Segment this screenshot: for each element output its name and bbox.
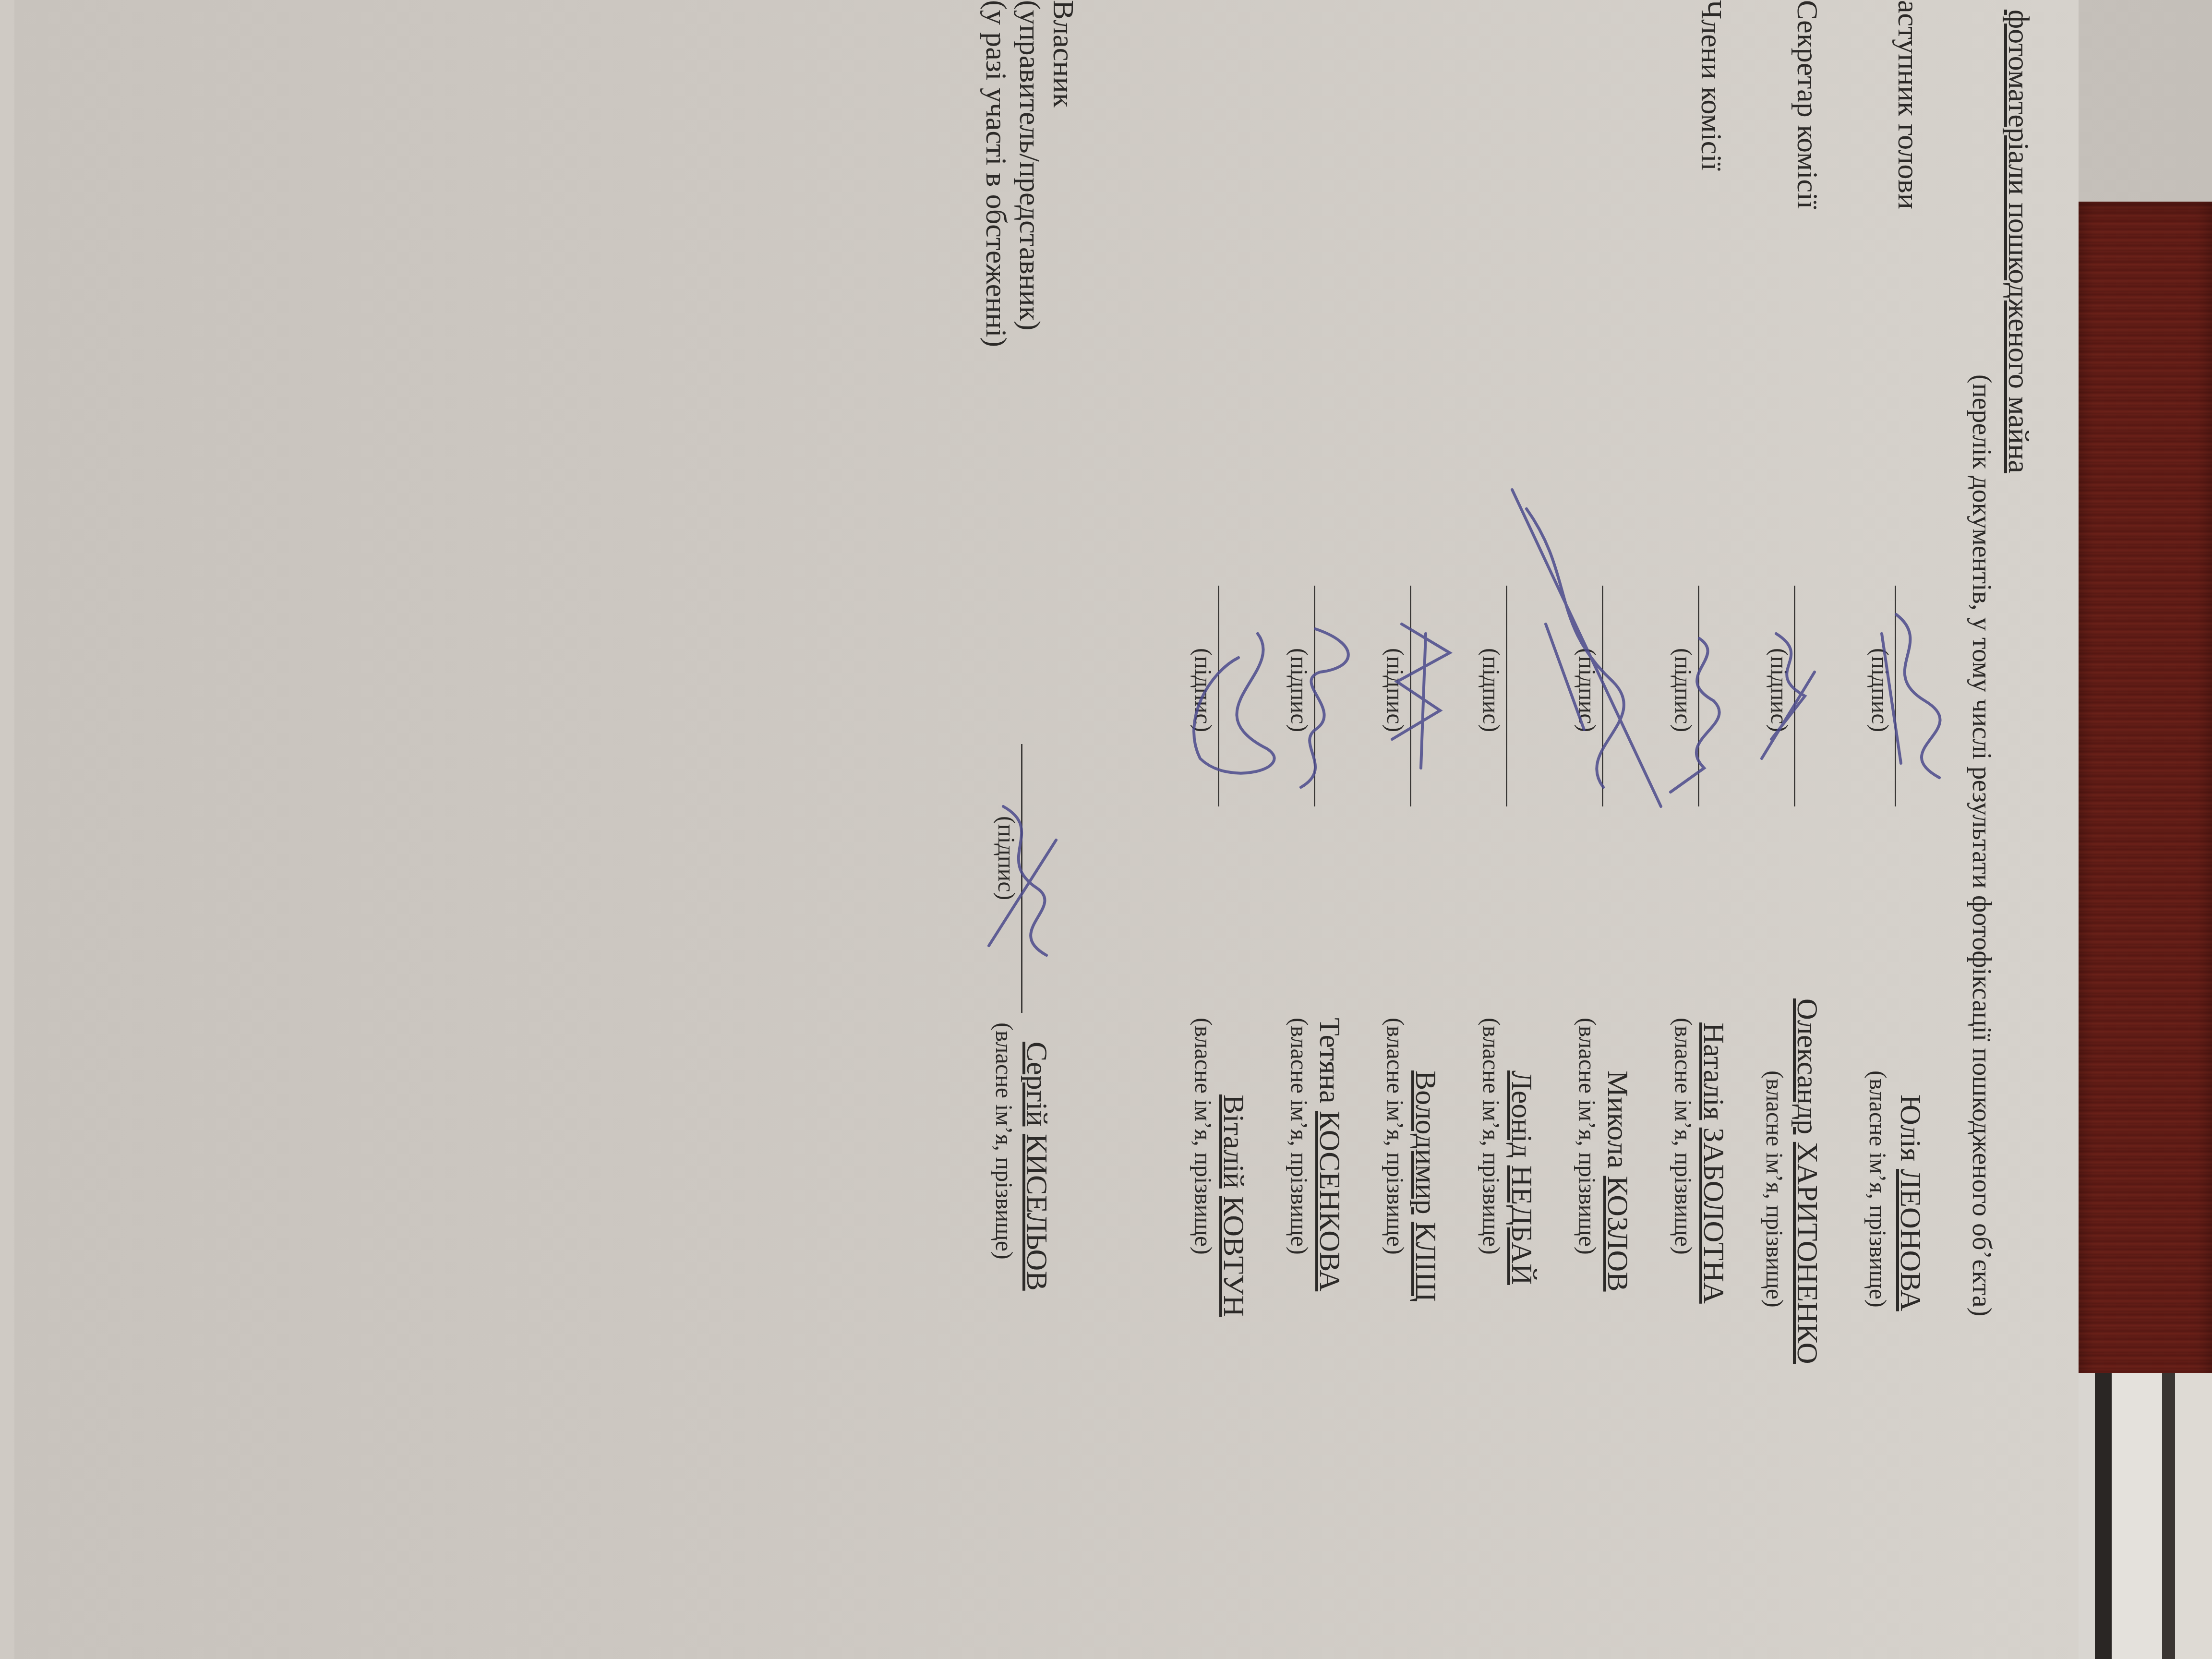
wooden-table: [2079, 202, 2212, 1565]
title-caption: (перелік документів, у тому числі резуль…: [1966, 374, 1997, 1316]
first-name: Наталія: [1697, 1022, 1730, 1120]
name-caption: (власне ім’я, прізвище): [1286, 1018, 1313, 1255]
name-caption: (власне ім’я, прізвище): [1761, 1070, 1789, 1308]
last-name: КОСЕНКОВА: [1313, 1111, 1346, 1291]
first-name: Микола: [1601, 1070, 1634, 1168]
handwritten-signature: [1858, 605, 1954, 787]
name-caption: (власне ім’я, прізвище): [1574, 1018, 1601, 1255]
handwritten-signature: [1373, 614, 1469, 797]
role-label-members: Члени комісії: [1694, 0, 1728, 171]
handwritten-signature: [979, 792, 1075, 974]
document-sheet: фотоматеріали пошкодженого майна (перелі…: [14, 0, 2079, 1659]
first-name: Віталій: [1217, 1094, 1250, 1189]
title-text: фотоматеріали пошкодженого майна: [2002, 10, 2035, 473]
handwritten-signature: [1190, 614, 1286, 797]
handwritten-signature: [1498, 480, 1671, 816]
name-kharytonenko: Олександр ХАРИТОНЕНКО: [1790, 998, 1824, 1364]
name-klishch: Володимир КЛІЩ: [1408, 1070, 1443, 1302]
last-name: КИСЕЛЬОВ: [1021, 1134, 1053, 1291]
last-name: КОЗЛОВ: [1601, 1176, 1634, 1291]
first-name: Тетяна: [1313, 1018, 1346, 1104]
last-name: ЗАБОЛОТНА: [1697, 1128, 1730, 1304]
first-name: Олександр: [1791, 998, 1824, 1134]
first-name: Юлія: [1894, 1094, 1927, 1162]
first-name: Сергій: [1021, 1042, 1053, 1126]
first-name: Леонід: [1505, 1070, 1538, 1158]
name-kosenkova: Тетяна КОСЕНКОВА: [1312, 1018, 1346, 1291]
last-name: КЛІЩ: [1409, 1222, 1442, 1302]
name-kovtun: Віталій КОВТУН: [1216, 1094, 1250, 1317]
role-label-secretary: Секретар комісії: [1790, 0, 1824, 209]
last-name: ХАРИТОНЕНКО: [1791, 1142, 1824, 1364]
name-caption: (власне ім’я, прізвище): [1190, 1018, 1217, 1255]
owner-label-participation: (у разі участі в обстеженні): [979, 0, 1013, 347]
first-name: Володимир: [1409, 1070, 1442, 1214]
role-label-deputy-head: аступник голови: [1891, 0, 1925, 209]
name-caption: (власне ім’я, прізвище): [1864, 1070, 1892, 1308]
name-kozlov: Микола КОЗЛОВ: [1600, 1070, 1635, 1292]
handwritten-signature: [1747, 614, 1843, 797]
name-kyselov: Сергій КИСЕЛЬОВ: [1020, 1042, 1054, 1291]
name-caption: (власне ім’я, прізвище): [1478, 1018, 1505, 1255]
name-nedbai: Леонід НЕДБАЙ: [1504, 1070, 1539, 1285]
name-caption: (власне ім’я, прізвище): [1670, 1018, 1697, 1255]
last-name: КОВТУН: [1217, 1196, 1250, 1317]
handwritten-signature: [1277, 614, 1373, 797]
name-caption: (власне ім’я, прізвище): [990, 1022, 1018, 1260]
name-zabolotna: Наталія ЗАБОЛОТНА: [1696, 1022, 1731, 1304]
owner-label: Власник: [1046, 0, 1080, 108]
name-leonova: Юлія ЛЕОНОВА: [1893, 1094, 1927, 1311]
section-title: фотоматеріали пошкодженого майна: [2001, 10, 2035, 473]
owner-label-manager: (управитель/представник): [1012, 0, 1046, 331]
last-name: НЕДБАЙ: [1505, 1166, 1538, 1285]
name-caption: (власне ім’я, прізвище): [1382, 1018, 1409, 1255]
last-name: ЛЕОНОВА: [1894, 1169, 1927, 1311]
